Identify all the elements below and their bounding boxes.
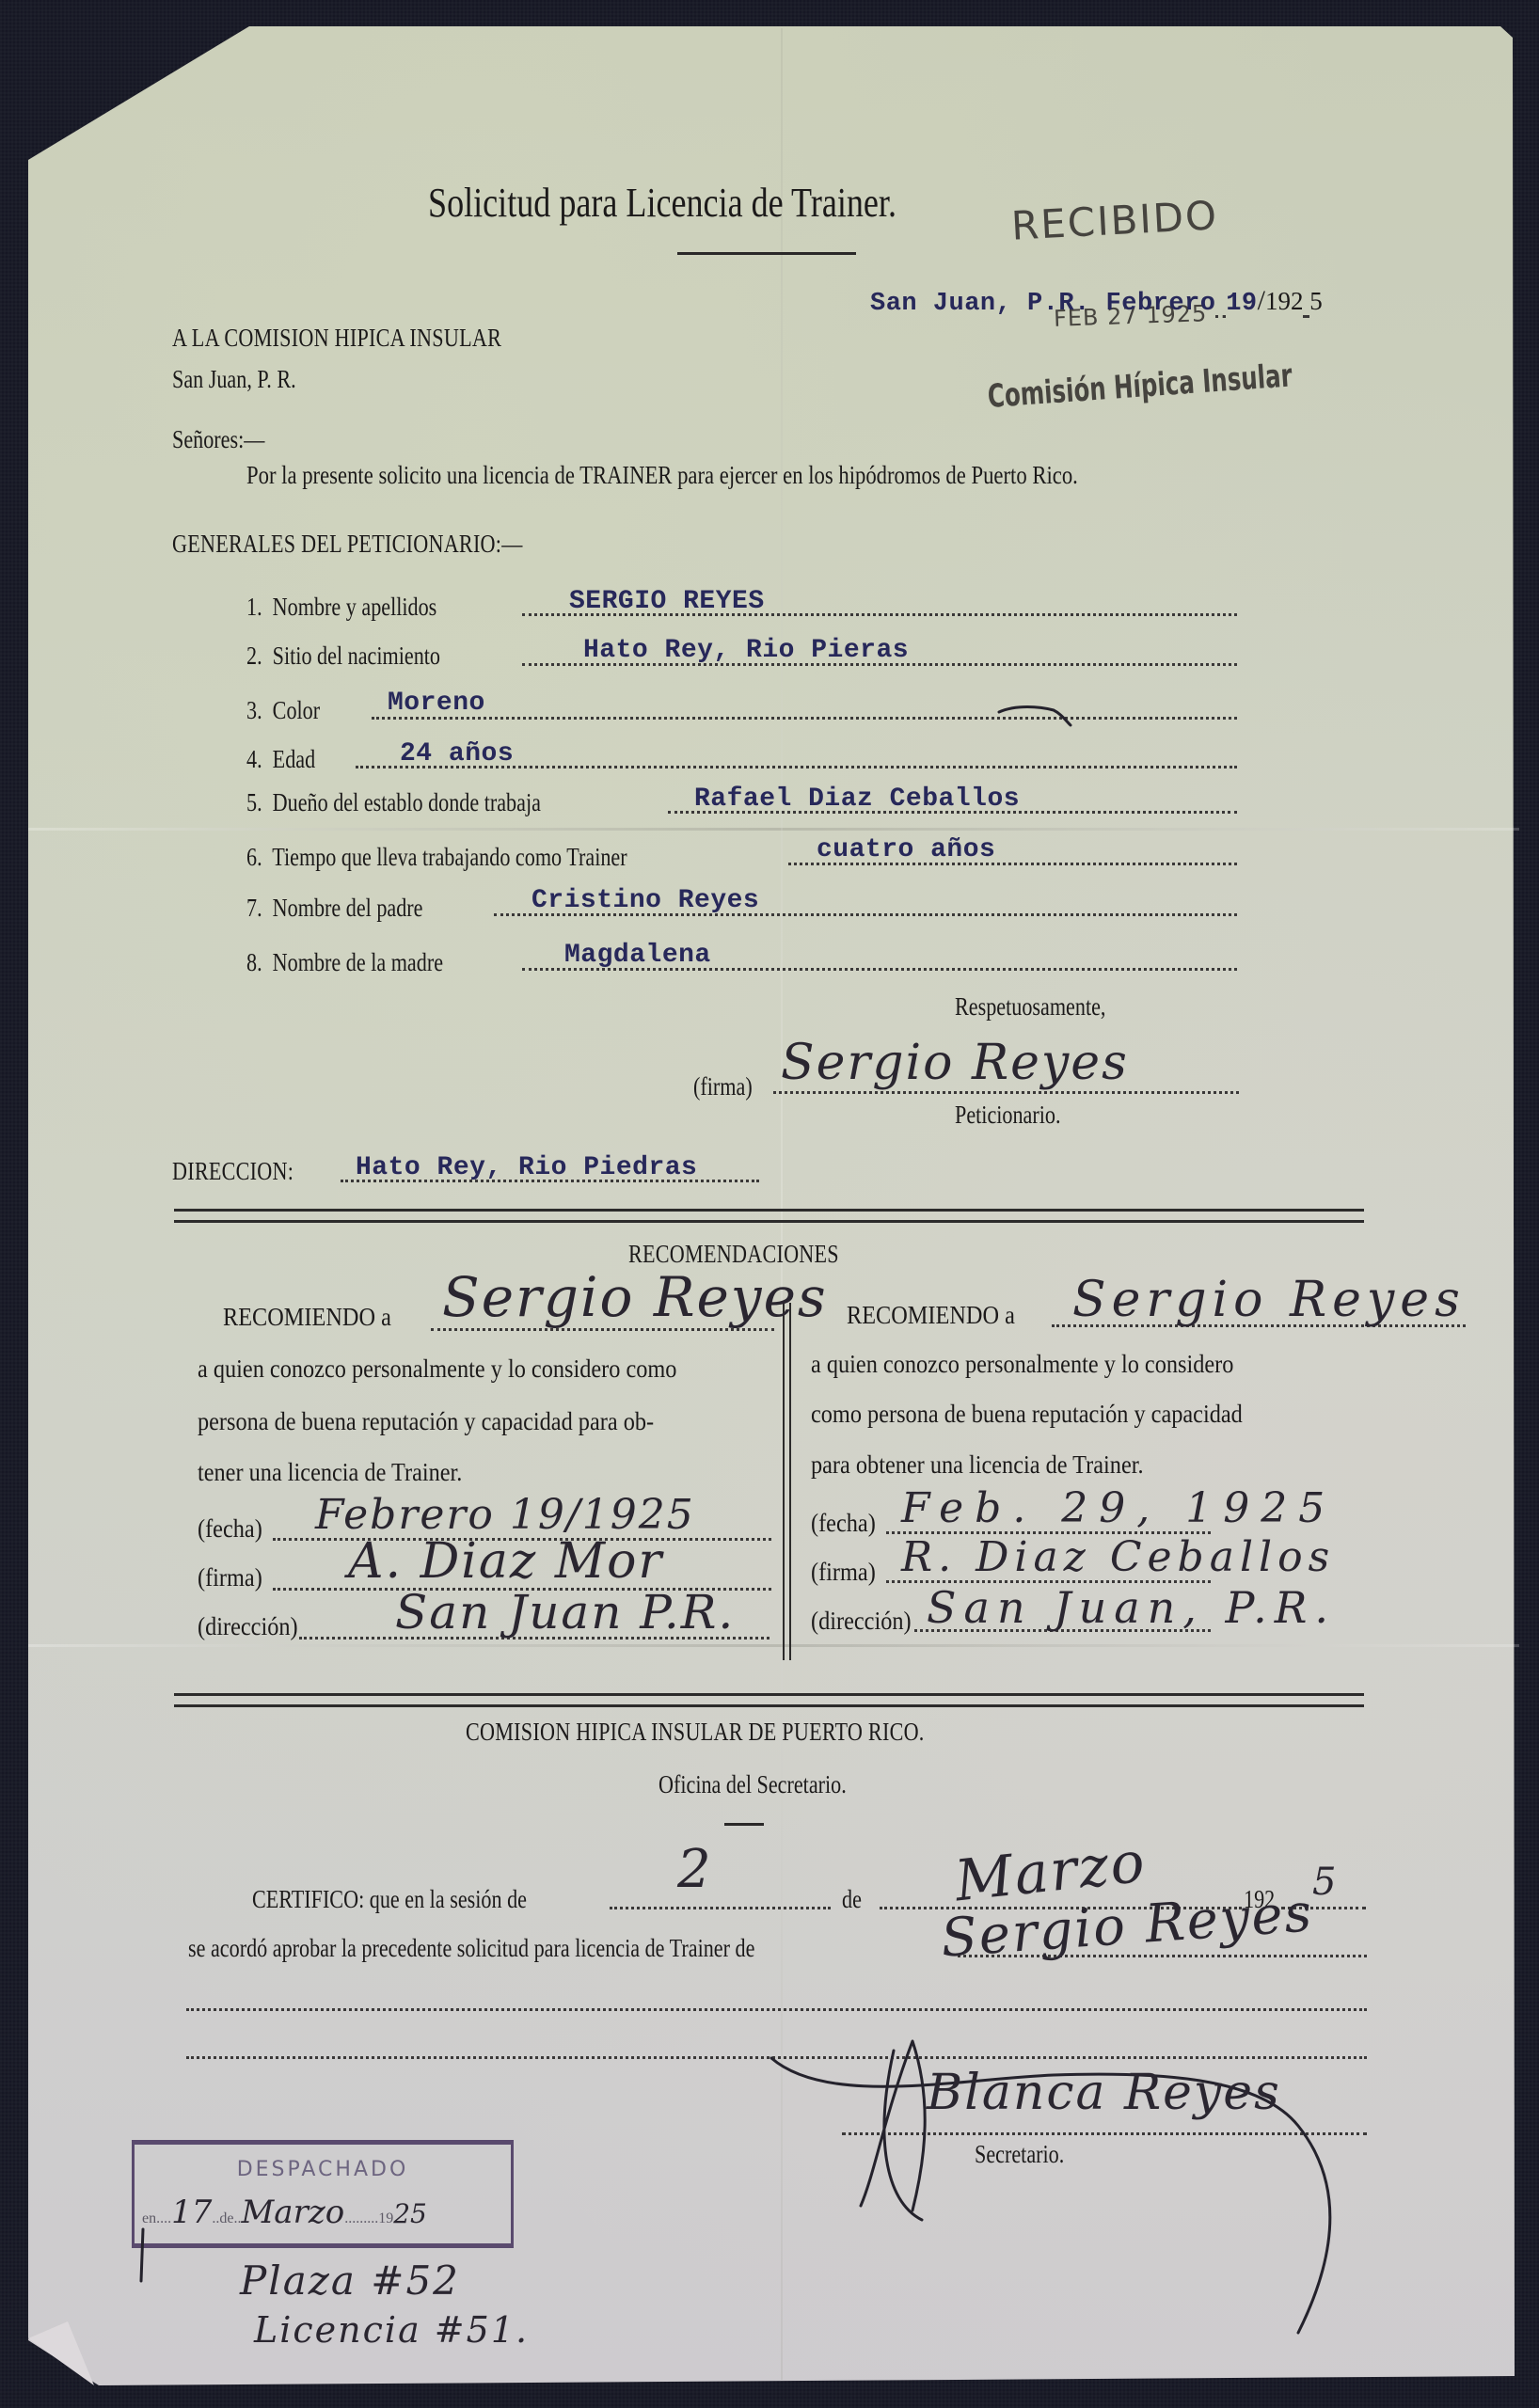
field-row-age: 4. Edad — [246, 745, 330, 774]
field-row-mother: 8. Nombre de la madre — [246, 948, 486, 977]
field-dotted-line — [494, 913, 1237, 916]
rec-left-line-2: persona de buena reputación y capacidad … — [198, 1407, 705, 1436]
field-row-birthplace: 2. Sitio del nacimiento — [246, 642, 483, 671]
dispatch-stamp: DESPACHADO en....17..de..Marzo.........1… — [132, 2140, 514, 2248]
secretary-signature: Blanca Reyes — [927, 2065, 1281, 2121]
rec-left-fecha: Febrero 19/1925 — [315, 1491, 695, 1539]
addressee-line-2: San Juan, P. R. — [172, 365, 324, 394]
field-dotted-line — [788, 863, 1237, 865]
rec-right-firma: R. Diaz Ceballos — [901, 1533, 1335, 1581]
field-row-color: 3. Color — [246, 696, 336, 725]
addressee-line-1: A LA COMISION HIPICA INSULAR — [172, 324, 574, 353]
session-day-line — [610, 1907, 831, 1909]
salutation: Señores:— — [172, 425, 285, 454]
address-label: DIRECCION: — [172, 1157, 321, 1186]
address-dotted-line — [341, 1180, 759, 1182]
rec-left-line-1: a quien conozco personalmente y lo consi… — [198, 1354, 730, 1384]
certification-office: Oficina del Secretario. — [658, 1770, 888, 1799]
rec-right-firma-label: (firma) — [811, 1558, 882, 1587]
field-value-birthplace: Hato Rey, Rio Pieras — [583, 636, 909, 665]
date-year-suffix: 5 — [1309, 287, 1323, 315]
field-row-stable-owner: 5. Dueño del establo donde trabaja — [246, 788, 606, 817]
rec-right-line-3: para obtener una licencia de Trainer. — [811, 1450, 1181, 1480]
session-day: 2 — [677, 1839, 713, 1900]
field-row-name: 1. Nombre y apellidos — [246, 593, 479, 622]
fold-crease — [28, 1644, 1519, 1647]
rec-right-name: Sergio Reyes — [1072, 1272, 1466, 1328]
rec-right-fecha-label: (fecha) — [811, 1509, 882, 1538]
applicant-signature: Sergio Reyes — [781, 1035, 1129, 1091]
date-typed: San Juan, P.R. Febrero — [870, 290, 1215, 318]
rec-right-line-1: a quien conozco personalmente y lo consi… — [811, 1350, 1280, 1379]
fold-crease — [28, 828, 1519, 831]
section-divider — [174, 1209, 1364, 1223]
document-title: Solicitud para Licencia de Trainer. — [428, 179, 999, 227]
field-value-stable-owner: Rafael Diaz Ceballos — [694, 784, 1020, 814]
pen-stroke — [132, 2229, 151, 2286]
date-day: 19 — [1226, 290, 1257, 318]
certify-de: de — [842, 1885, 865, 1914]
signature-line — [773, 1091, 1239, 1094]
title-underline — [677, 252, 856, 255]
field-row-father: 7. Nombre del padre — [246, 894, 462, 923]
field-value-name: SERGIO REYES — [569, 587, 765, 616]
field-dotted-line — [668, 811, 1237, 814]
field-value-age: 24 años — [400, 739, 514, 768]
field-value-father: Cristino Reyes — [532, 886, 759, 915]
rec-right-direccion-label: (dirección) — [811, 1607, 922, 1636]
intro-paragraph: Por la presente solicito una licencia de… — [246, 461, 1236, 490]
section-heading-generales: GENERALES DEL PETICIONARIO:— — [172, 530, 599, 559]
date-year-prefix: 192 — [1265, 287, 1304, 315]
rec-left-direccion-label: (dirección) — [198, 1612, 309, 1641]
rec-right-fecha: Feb. 29, 1925 — [901, 1484, 1336, 1532]
certify-line-2: se acordó aprobar la precedente solicitu… — [188, 1934, 880, 1963]
address-value: Hato Rey, Rio Piedras — [356, 1153, 697, 1182]
field-value-mother: Magdalena — [564, 941, 711, 970]
rec-left-lead: RECOMIENDO a — [223, 1303, 410, 1332]
dispatch-stamp-date: en....17..de..Marzo.........1925 — [142, 2194, 427, 2231]
pen-mark — [997, 701, 1072, 729]
column-divider — [783, 1303, 791, 1660]
secretary-role: Secretario. — [975, 2140, 1084, 2169]
date-line: San Juan, P.R. Febrero 19/192 5 — [870, 285, 1323, 318]
rec-left-name: Sergio Reyes — [442, 1265, 828, 1329]
office-underline — [724, 1823, 764, 1826]
closing: Respetuosamente, — [955, 992, 1139, 1022]
field-value-experience: cuatro años — [817, 835, 995, 864]
section-divider — [174, 1693, 1364, 1707]
dispatch-stamp-label: DESPACHADO — [135, 2158, 511, 2181]
plaza-annotation: Plaza #52 — [240, 2257, 460, 2304]
rec-left-line-3: tener una licencia de Trainer. — [198, 1458, 492, 1487]
licencia-annotation: Licencia #51. — [254, 2309, 529, 2351]
signature-label: (firma) — [693, 1072, 765, 1101]
rec-left-firma: A. Diaz Mor — [348, 1533, 663, 1590]
field-value-color: Moreno — [388, 689, 485, 718]
field-dotted-line — [356, 766, 1237, 768]
certification-org: COMISION HIPICA INSULAR DE PUERTO RICO. — [466, 1718, 1025, 1747]
signer-role: Peticionario. — [955, 1101, 1084, 1130]
field-dotted-line — [522, 663, 1237, 666]
certify-line-1: CERTIFICO: que en la sesión de — [252, 1885, 587, 1914]
rec-right-line-2: como persona de buena reputación y capac… — [811, 1400, 1291, 1429]
rec-right-lead: RECOMIENDO a — [847, 1301, 1034, 1330]
rec-left-direccion: San Juan P.R. — [395, 1585, 735, 1640]
rec-right-direccion: San Juan, P.R. — [927, 1582, 1336, 1633]
field-dotted-line — [522, 613, 1237, 616]
field-dotted-line — [372, 717, 1237, 720]
field-row-experience: 6. Tiempo que lleva trabajando como Trai… — [246, 843, 710, 872]
rec-left-firma-label: (firma) — [198, 1563, 269, 1592]
field-dotted-line — [522, 968, 1237, 971]
rec-left-fecha-label: (fecha) — [198, 1514, 269, 1544]
secretary-signature-flourish — [771, 1985, 1430, 2342]
session-year-suffix: 5 — [1312, 1861, 1338, 1904]
